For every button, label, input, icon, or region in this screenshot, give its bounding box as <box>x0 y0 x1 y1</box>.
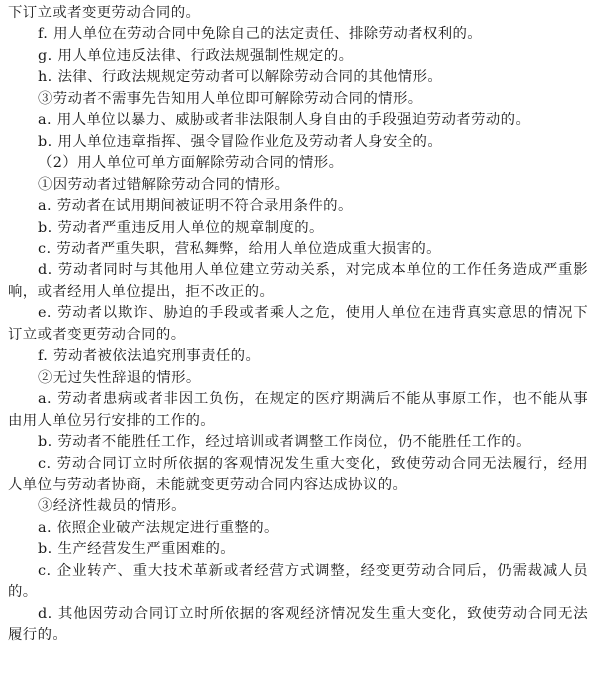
list-item-c-circumstance-change: c. 劳动合同订立时所依据的客观情况发生重大变化，致使劳动合同无法履行，经用人单… <box>8 454 588 497</box>
paragraph-continuation: 下订立或者变更劳动合同的。 <box>8 3 588 24</box>
list-item-b-rules-violation: b. 劳动者严重违反用人单位的规章制度的。 <box>8 218 588 239</box>
subsection-heading-employee-fault: ①因劳动者过错解除劳动合同的情形。 <box>8 175 588 196</box>
list-item-f-criminal-liability: f. 劳动者被依法追究刑事责任的。 <box>8 346 588 367</box>
list-item-a-bankruptcy: a. 依照企业破产法规定进行重整的。 <box>8 518 588 539</box>
section-heading-immediate-termination: ③劳动者不需事先告知用人单位即可解除劳动合同的情形。 <box>8 89 588 110</box>
list-item-g-violates-law: g. 用人单位违反法律、行政法规强制性规定的。 <box>8 46 588 67</box>
list-item-b-difficulties: b. 生产经营发生严重困难的。 <box>8 539 588 560</box>
list-item-d-economic-change: d. 其他因劳动合同订立时所依据的客观经济情况发生重大变化，致使劳动合同无法履行… <box>8 604 588 647</box>
subsection-heading-no-fault-dismissal: ②无过失性辞退的情形。 <box>8 368 588 389</box>
subsection-heading-economic-layoff: ③经济性裁员的情形。 <box>8 496 588 517</box>
list-item-b-incompetence: b. 劳动者不能胜任工作，经过培训或者调整工作岗位，仍不能胜任工作的。 <box>8 432 588 453</box>
list-item-c-dereliction: c. 劳动者严重失职，营私舞弊，给用人单位造成重大损害的。 <box>8 239 588 260</box>
list-item-a-forced-labor: a. 用人单位以暴力、威胁或者非法限制人身自由的手段强迫劳动者劳动的。 <box>8 110 588 131</box>
list-item-a-illness: a. 劳动者患病或者非因工负伤，在规定的医疗期满后不能从事原工作，也不能从事由用… <box>8 389 588 432</box>
document-page: 下订立或者变更劳动合同的。 f. 用人单位在劳动合同中免除自己的法定责任、排除劳… <box>8 3 588 647</box>
list-item-a-probation: a. 劳动者在试用期间被证明不符合录用条件的。 <box>8 196 588 217</box>
section-heading-employer-unilateral: （2）用人单位可单方面解除劳动合同的情形。 <box>8 153 588 174</box>
list-item-d-dual-employment: d. 劳动者同时与其他用人单位建立劳动关系，对完成本单位的工作任务造成严重影响，… <box>8 260 588 303</box>
list-item-f-employer-exemption: f. 用人单位在劳动合同中免除自己的法定责任、排除劳动者权利的。 <box>8 24 588 45</box>
list-item-b-unsafe-orders: b. 用人单位违章指挥、强令冒险作业危及劳动者人身安全的。 <box>8 132 588 153</box>
list-item-e-fraud: e. 劳动者以欺诈、胁迫的手段或者乘人之危，使用人单位在违背真实意思的情况下订立… <box>8 303 588 346</box>
list-item-h-other-cases: h. 法律、行政法规规定劳动者可以解除劳动合同的其他情形。 <box>8 67 588 88</box>
list-item-c-restructuring: c. 企业转产、重大技术革新或者经营方式调整，经变更劳动合同后，仍需裁减人员的。 <box>8 561 588 604</box>
